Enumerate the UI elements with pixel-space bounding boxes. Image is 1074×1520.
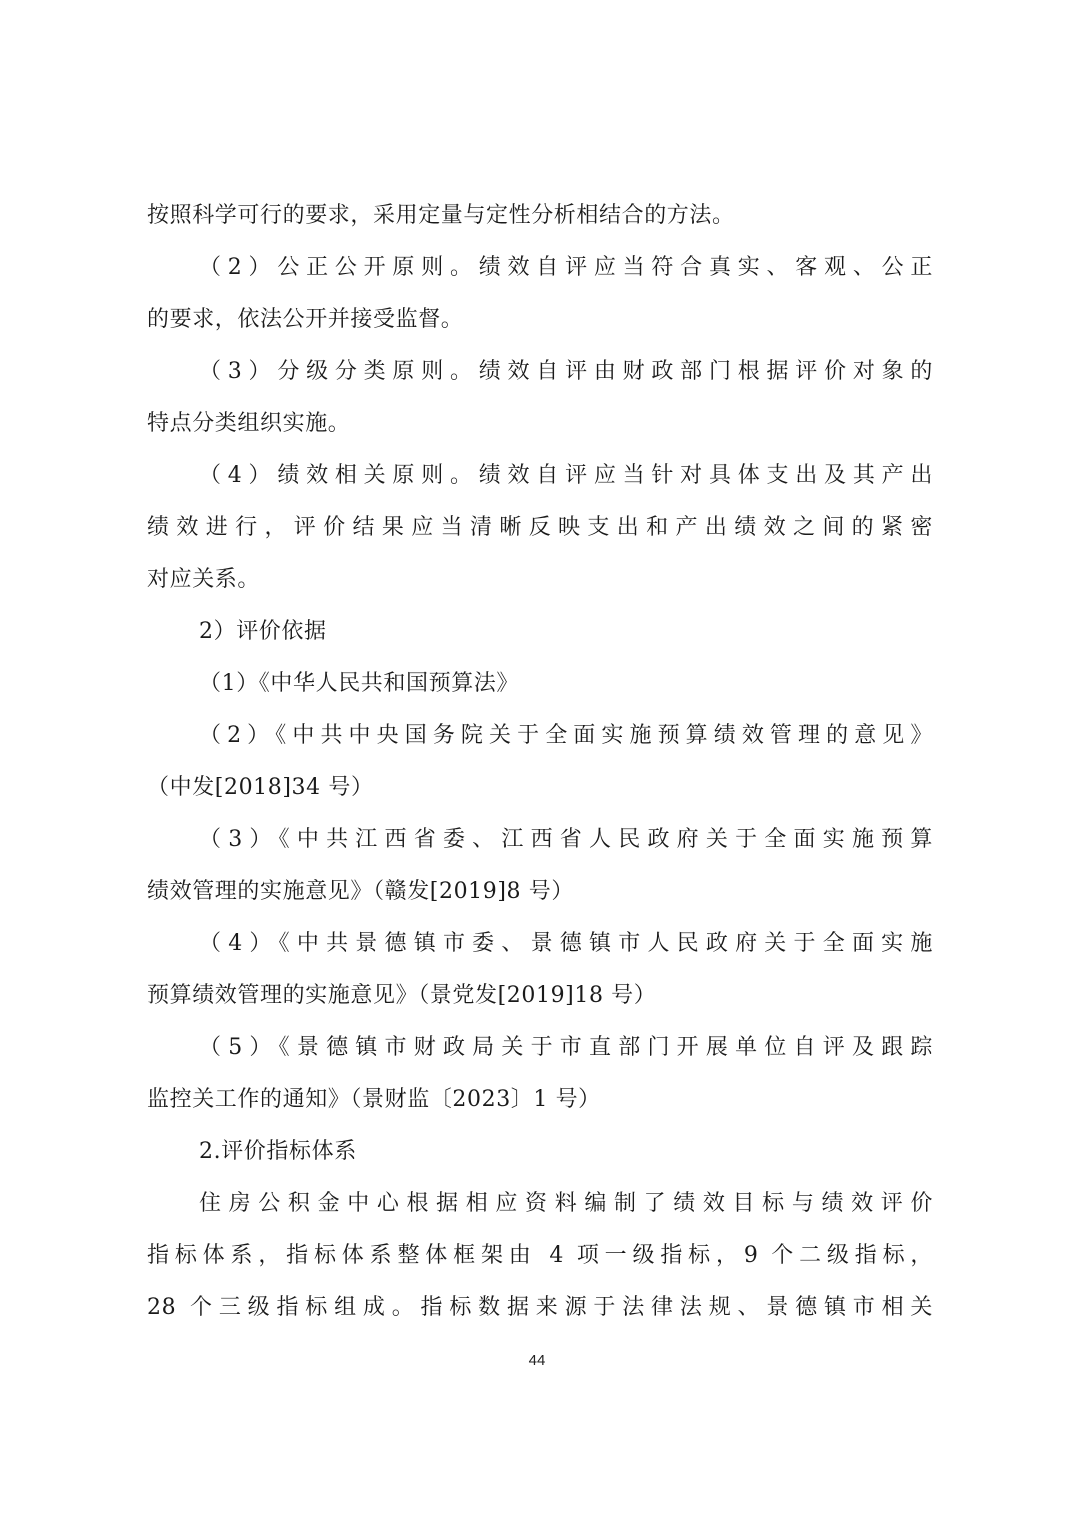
section-heading-indicator-system: 2.评价指标体系: [147, 1126, 933, 1178]
basis-item-5-line-1: （5）《景德镇市财政局关于市直部门开展单位自评及跟踪: [147, 1022, 933, 1074]
principle-2-fairness-line-1: （2）公正公开原则。绩效自评应当符合真实、客观、公正: [147, 242, 933, 294]
section-heading-evaluation-basis: 2）评价依据: [147, 606, 933, 658]
principle-2-fairness-line-2: 的要求，依法公开并接受监督。: [147, 294, 933, 346]
principle-4-relevance-line-2: 绩效进行，评价结果应当清晰反映支出和产出绩效之间的紧密: [147, 502, 933, 554]
basis-item-4-line-2: 预算绩效管理的实施意见》（景党发[2019]18 号）: [147, 970, 933, 1022]
indicator-paragraph-line-3: 28 个三级指标组成。指标数据来源于法律法规、景德镇市相关: [147, 1282, 933, 1334]
basis-item-1: （1）《中华人民共和国预算法》: [147, 658, 933, 710]
principle-3-classification-line-1: （3）分级分类原则。绩效自评由财政部门根据评价对象的: [147, 346, 933, 398]
page-number: 44: [0, 1352, 1074, 1369]
document-page: 按照科学可行的要求，采用定量与定性分析相结合的方法。 （2）公正公开原则。绩效自…: [0, 0, 1074, 1520]
basis-item-2-line-2: （中发[2018]34 号）: [147, 762, 933, 814]
basis-item-3-line-1: （3）《中共江西省委、江西省人民政府关于全面实施预算: [147, 814, 933, 866]
basis-item-3-line-2: 绩效管理的实施意见》（赣发[2019]8 号）: [147, 866, 933, 918]
basis-item-5-line-2: 监控关工作的通知》（景财监〔2023〕1 号）: [147, 1074, 933, 1126]
principle-4-relevance-line-3: 对应关系。: [147, 554, 933, 606]
principle-4-relevance-line-1: （4）绩效相关原则。绩效自评应当针对具体支出及其产出: [147, 450, 933, 502]
indicator-paragraph-line-1: 住房公积金中心根据相应资料编制了绩效目标与绩效评价: [147, 1178, 933, 1230]
indicator-paragraph-line-2: 指标体系，指标体系整体框架由 4 项一级指标，9 个二级指标，: [147, 1230, 933, 1282]
basis-item-4-line-1: （4）《中共景德镇市委、景德镇市人民政府关于全面实施: [147, 918, 933, 970]
principle-3-classification-line-2: 特点分类组织实施。: [147, 398, 933, 450]
document-body: 按照科学可行的要求，采用定量与定性分析相结合的方法。 （2）公正公开原则。绩效自…: [147, 190, 933, 1334]
basis-item-2-line-1: （2）《中共中央国务院关于全面实施预算绩效管理的意见》: [147, 710, 933, 762]
paragraph-line-method-continuation: 按照科学可行的要求，采用定量与定性分析相结合的方法。: [147, 190, 933, 242]
